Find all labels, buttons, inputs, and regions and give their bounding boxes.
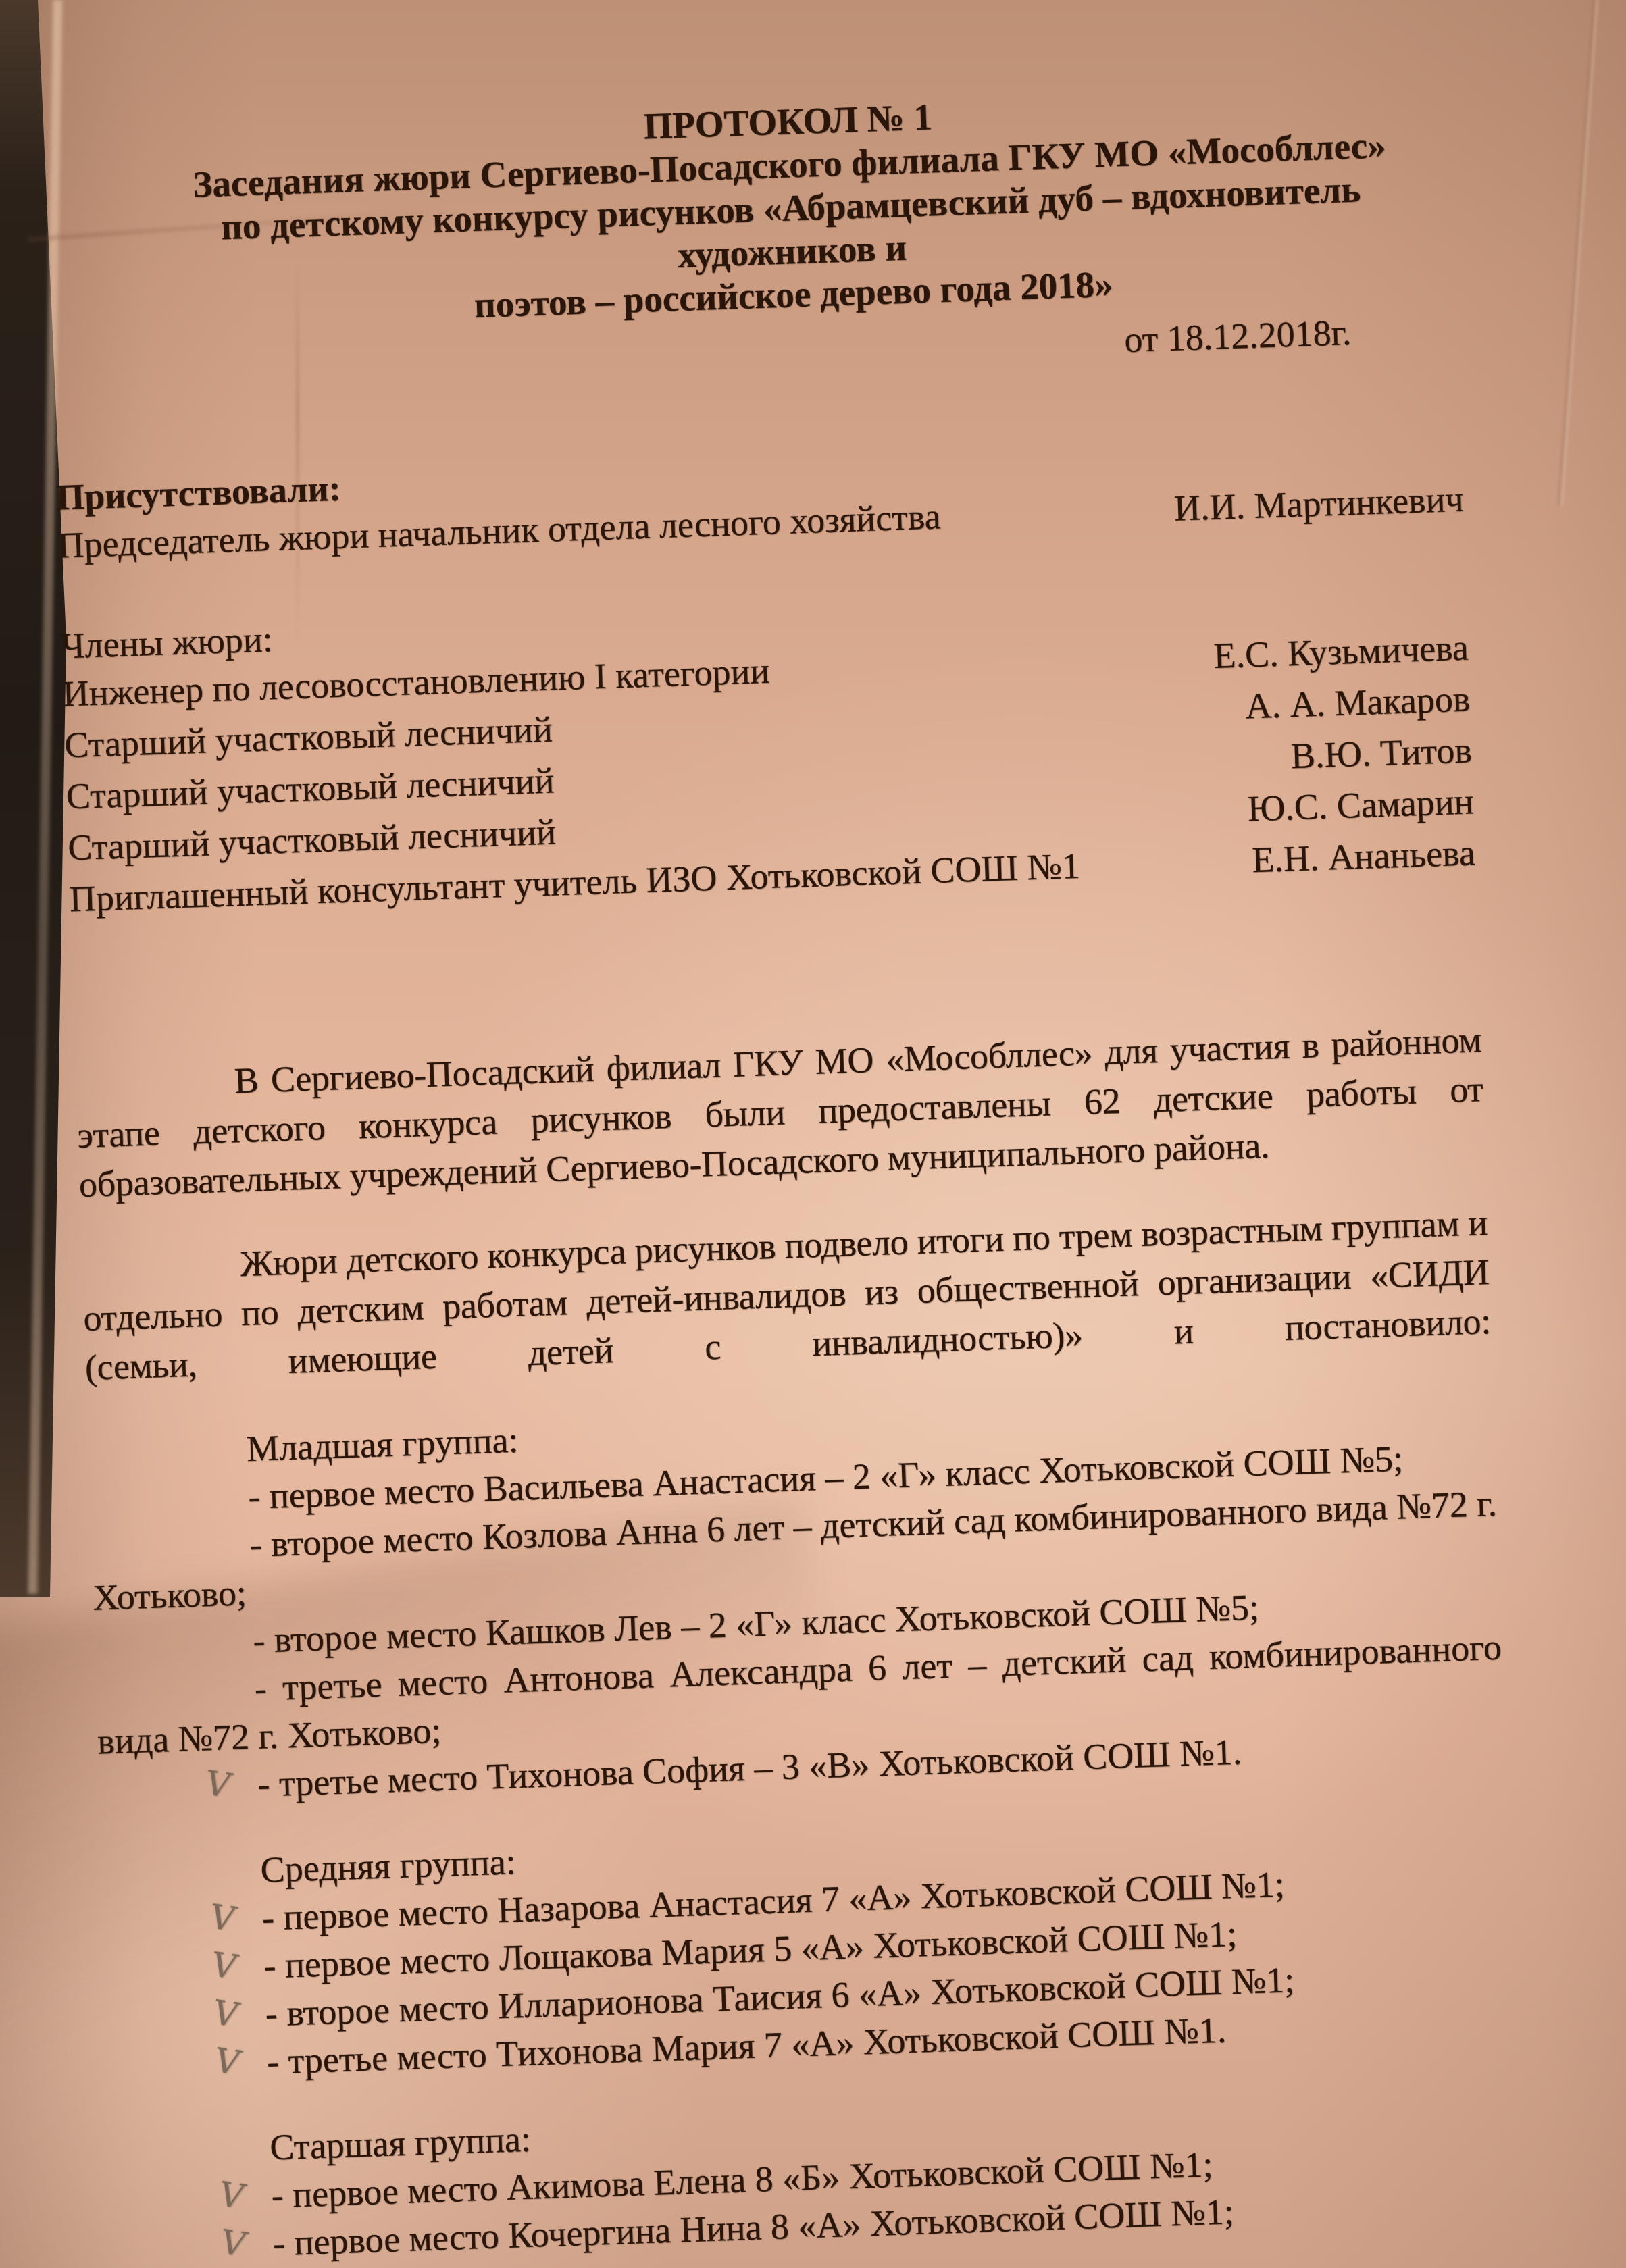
pencil-checkmark: V — [215, 2177, 248, 2214]
body-paragraph: В Сергиево-Посадский филиал ГКУ МО «Мосо… — [75, 1015, 1485, 1210]
scanned-protocol-photo: ПРОТОКОЛ № 1 Заседания жюри Сергиево-Пос… — [0, 0, 1626, 2268]
pencil-checkmark: V — [211, 2044, 243, 2080]
award-group-junior: Младшая группа: V - первое место Василье… — [87, 1384, 1506, 1814]
pencil-checkmark: V — [206, 1900, 238, 1936]
protocol-title: ПРОТОКОЛ № 1 Заседания жюри Сергиево-Пос… — [44, 78, 1456, 341]
pencil-checkmark: V — [217, 2225, 249, 2261]
body-paragraph: Жюри детского конкурса рисунков подвело … — [81, 1198, 1492, 1393]
jury-list: Инженер по лесовосстановлению I категори… — [62, 624, 1476, 927]
pencil-checkmark: V — [207, 1948, 240, 1984]
jury-name: А. А. Макаров — [1244, 675, 1471, 730]
document-text-layer: ПРОТОКОЛ № 1 Заседания жюри Сергиево-Пос… — [44, 78, 1521, 2268]
chairman-name: И.И. Мартинкевич — [1173, 475, 1465, 533]
jury-name: В.Ю. Титов — [1290, 726, 1473, 780]
jury-name: Ю.С. Самарин — [1247, 777, 1475, 833]
pencil-checkmark: V — [209, 1996, 242, 2032]
award-group-middle: Средняя группа: V - первое место Назаров… — [101, 1805, 1515, 2092]
jury-name: Е.Н. Ананьева — [1251, 829, 1476, 884]
jury-name: Е.С. Кузьмичева — [1213, 624, 1469, 680]
pencil-checkmark: V — [202, 1766, 234, 1803]
